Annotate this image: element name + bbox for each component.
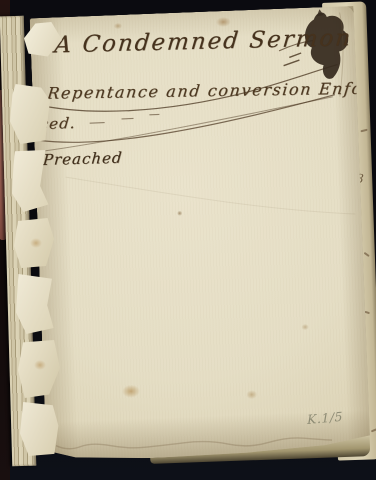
torn-page-stub bbox=[20, 402, 60, 456]
foxing-stain bbox=[246, 390, 257, 399]
ink-tick-mark bbox=[360, 129, 367, 132]
handwritten-title: A Condemned Sermon bbox=[53, 25, 353, 58]
handwritten-subtitle-line-1: Repentance and conversion Enfor- bbox=[46, 79, 376, 103]
foxing-stain bbox=[122, 384, 140, 398]
stub-stain bbox=[30, 238, 42, 248]
page-edge-shading bbox=[30, 6, 371, 462]
foxing-stain bbox=[177, 211, 182, 216]
manuscript-photo: 3 bbox=[0, 0, 376, 480]
ink-flourishes-and-blot bbox=[30, 6, 371, 462]
foxing-stain bbox=[302, 324, 309, 330]
handwritten-note-preached: Preached bbox=[42, 149, 123, 169]
stub-stain bbox=[34, 360, 46, 370]
foxing-stain bbox=[114, 23, 122, 29]
manuscript-page: A Condemned Sermon Repentance and conver… bbox=[30, 6, 371, 462]
ink-tick-mark bbox=[371, 428, 376, 432]
pencil-shelfmark: K.1/5 bbox=[307, 409, 343, 427]
foxing-stain bbox=[216, 17, 231, 28]
ink-tick-mark bbox=[365, 311, 370, 314]
ink-tick-mark bbox=[364, 252, 370, 257]
